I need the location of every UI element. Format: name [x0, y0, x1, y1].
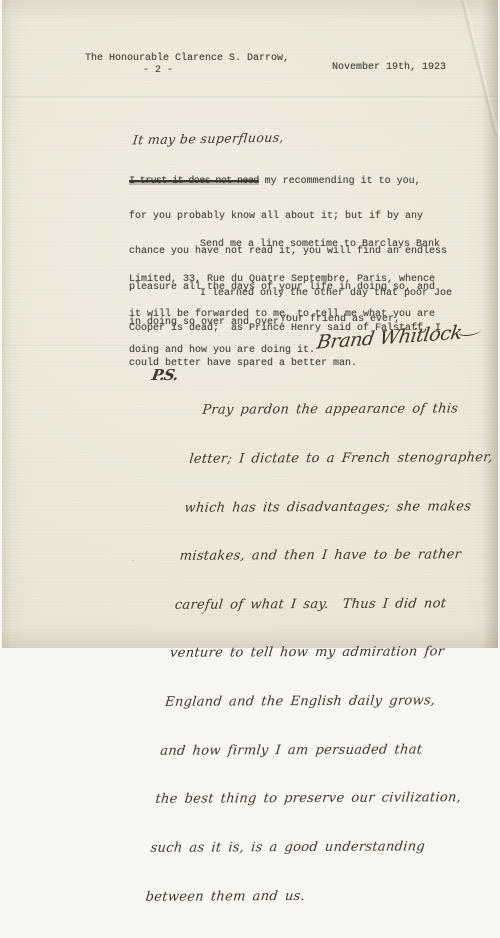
- postscript-line: careful of what I say. Thus I did not: [174, 596, 476, 614]
- postscript-marker: P.S.: [150, 366, 179, 384]
- header-page-number: - 2 -: [143, 65, 173, 77]
- typed-line: I trust it does not need my recommending…: [129, 176, 447, 188]
- header-date: November 19th, 1923: [332, 62, 446, 74]
- header-addressee: The Honourable Clarence S. Darrow,: [85, 53, 289, 65]
- postscript-line: Pray pardon the appearance of this: [193, 402, 495, 420]
- postscript-line: letter; I dictate to a French stenograph…: [189, 450, 491, 468]
- postscript-line: mistakes, and then I have to be rather: [179, 547, 481, 565]
- typed-line: Send me a line sometime to Barclays Bank: [129, 239, 440, 251]
- postscript-line: which has its disadvantages; she makes: [184, 499, 486, 517]
- paper-speck: [132, 560, 134, 562]
- letter-page: The Honourable Clarence S. Darrow, - 2 -…: [2, 0, 498, 648]
- typed-line-text: my recommending it to you,: [259, 176, 421, 187]
- signature-flourish-icon: [458, 326, 482, 337]
- closing-line: Your friend as ever,: [280, 314, 400, 326]
- typed-line: I learned only the other day that poor J…: [129, 288, 452, 300]
- paper-crease-top: [2, 96, 498, 99]
- postscript: Pray pardon the appearance of this lette…: [142, 369, 499, 654]
- handwritten-insertion: It may be superfluous,: [132, 130, 285, 148]
- postscript-line: venture to tell how my admiration for: [169, 645, 471, 654]
- struck-text: I trust it does not need: [129, 176, 259, 187]
